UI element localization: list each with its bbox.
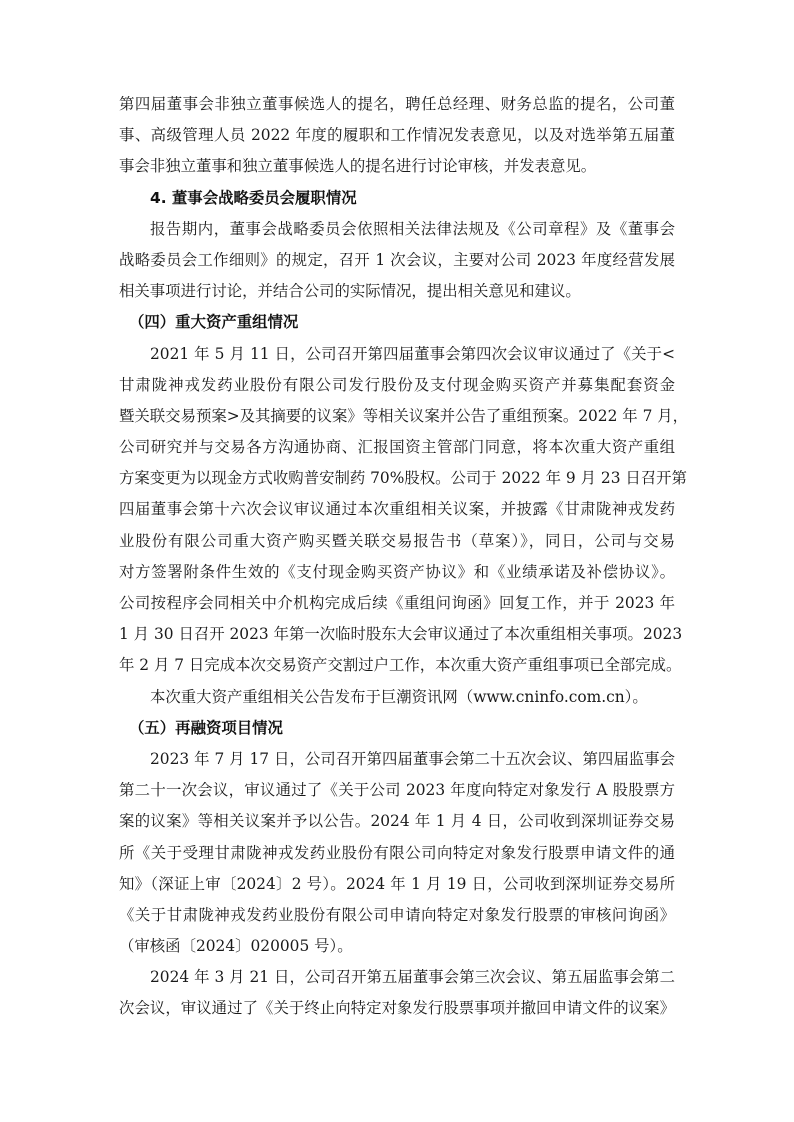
text-line: 2024 年 3 月 21 日，公司召开第五届董事会第三次会议、第五届监事会第二: [119, 962, 675, 993]
text-line: 1 月 30 日召开 2023 年第一次临时股东大会审议通过了本次重组相关事项。…: [119, 619, 675, 650]
text-line: 事、高级管理人员 2022 年度的履职和工作情况发表意见，以及对选举第五届董: [119, 120, 675, 151]
paragraph-major-restructuring: 2021 年 5 月 11 日，公司召开第四届董事会第四次会议审议通过了《关于<…: [119, 339, 675, 682]
text-line: 四届董事会第十六次会议审议通过本次重组相关议案，并披露《甘肃陇神戎发药: [119, 494, 675, 525]
text-line: 案的议案》等相关议案并予以公告。2024 年 1 月 4 日，公司收到深圳证券交…: [119, 806, 675, 837]
text-line: 2021 年 5 月 11 日，公司召开第四届董事会第四次会议审议通过了《关于<: [119, 339, 675, 370]
text-line: 甘肃陇神戎发药业股份有限公司发行股份及支付现金购买资产并募集配套资金: [119, 370, 675, 401]
text-line: 报告期内，董事会战略委员会依照相关法律法规及《公司章程》及《董事会: [119, 214, 675, 245]
text-line: （审核函〔2024〕020005 号）。: [119, 931, 675, 962]
text-line: 所《关于受理甘肃陇神戎发药业股份有限公司向特定对象发行股票申请文件的通: [119, 838, 675, 869]
paragraph-refinancing: 2023 年 7 月 17 日，公司召开第四届董事会第二十五次会议、第四届监事会…: [119, 744, 675, 962]
text-line: 业股份有限公司重大资产购买暨关联交易报告书（草案）》，同日，公司与交易: [119, 526, 675, 557]
section-heading-major-restructuring: （四）重大资产重组情况: [119, 307, 675, 338]
section-heading-strategy-committee: 4. 董事会战略委员会履职情况: [119, 183, 675, 214]
text-line: 对方签署附条件生效的《支付现金购买资产协议》和《业绩承诺及补偿协议》。: [119, 557, 675, 588]
text-line: 方案变更为以现金方式收购普安制药 70%股权。公司于 2022 年 9 月 23…: [119, 463, 675, 494]
paragraph-independent-directors-continued: 第四届董事会非独立董事候选人的提名，聘任总经理、财务总监的提名，公司董 事、高级…: [119, 89, 675, 183]
document-page: 第四届董事会非独立董事候选人的提名，聘任总经理、财务总监的提名，公司董 事、高级…: [119, 89, 675, 1025]
text-line: 公司研究并与交易各方沟通协商、汇报国资主管部门同意，将本次重大资产重组: [119, 432, 675, 463]
section-heading-refinancing: （五）再融资项目情况: [119, 713, 675, 744]
text-line: 《关于甘肃陇神戎发药业股份有限公司申请向特定对象发行股票的审核问询函》: [119, 900, 675, 931]
text-line: 事会非独立董事和独立董事候选人的提名进行讨论审核，并发表意见。: [119, 151, 675, 182]
text-line: 公司按程序会同相关中介机构完成后续《重组问询函》回复工作，并于 2023 年: [119, 588, 675, 619]
text-line: 年 2 月 7 日完成本次交易资产交割过户工作，本次重大资产重组事项已全部完成。: [119, 650, 675, 681]
text-line: 第二十一次会议，审议通过了《关于公司 2023 年度向特定对象发行 A 股股票方: [119, 775, 675, 806]
text-line: 相关事项进行讨论，并结合公司的实际情况，提出相关意见和建议。: [119, 276, 675, 307]
text-line: 战略委员会工作细则》的规定，召开 1 次会议，主要对公司 2023 年度经营发展: [119, 245, 675, 276]
paragraph-refinancing-termination: 2024 年 3 月 21 日，公司召开第五届董事会第三次会议、第五届监事会第二…: [119, 962, 675, 1024]
text-line: 次会议，审议通过了《关于终止向特定对象发行股票事项并撤回申请文件的议案》: [119, 993, 675, 1024]
text-line: 第四届董事会非独立董事候选人的提名，聘任总经理、财务总监的提名，公司董: [119, 89, 675, 120]
text-line: 知》（深证上审〔2024〕2 号）。2024 年 1 月 19 日，公司收到深圳…: [119, 869, 675, 900]
text-line: 暨关联交易预案>及其摘要的议案》等相关议案并公告了重组预案。2022 年 7 月…: [119, 401, 675, 432]
text-line: 本次重大资产重组相关公告发布于巨潮资讯网（www.cninfo.com.cn）。: [119, 682, 675, 713]
paragraph-strategy-committee: 报告期内，董事会战略委员会依照相关法律法规及《公司章程》及《董事会 战略委员会工…: [119, 214, 675, 308]
text-line: 2023 年 7 月 17 日，公司召开第四届董事会第二十五次会议、第四届监事会: [119, 744, 675, 775]
paragraph-restructuring-disclosure: 本次重大资产重组相关公告发布于巨潮资讯网（www.cninfo.com.cn）。: [119, 682, 675, 713]
